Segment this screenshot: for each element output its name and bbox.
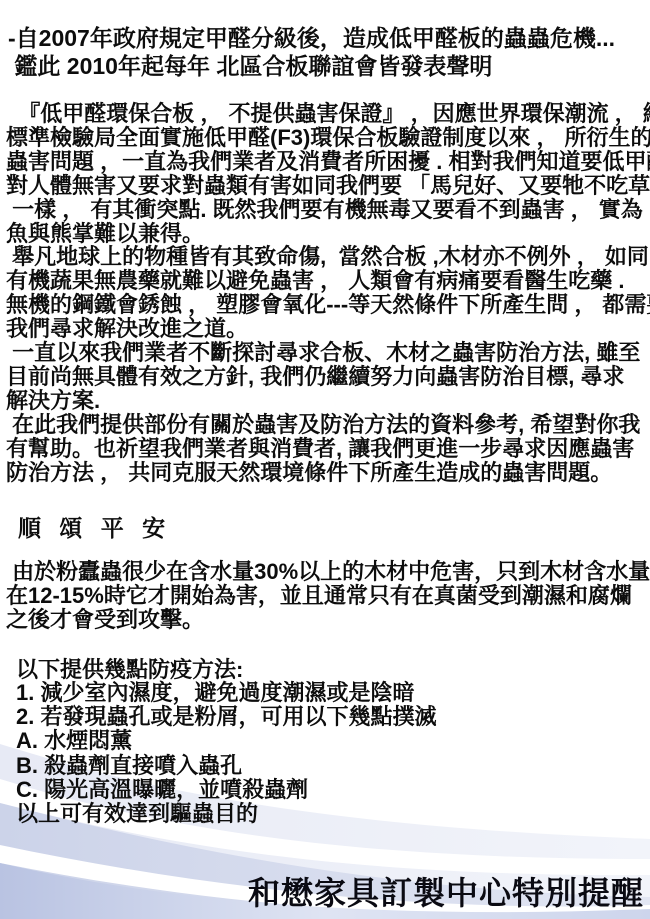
footer-company-title: 和懋家具訂製中心特別提醒: [248, 868, 644, 914]
prevention-list: 1. 減少室內濕度，避免過度潮濕或是陰暗 2. 若發現蟲孔或是粉屑，可用以下幾點…: [16, 681, 436, 826]
statement-paragraph: 『低甲醛環保合板 ， 不提供蟲害保證』 ，因應世界環保潮流 ， 經濟部 標準檢驗…: [6, 102, 650, 485]
greeting-text: 順 頌 平 安: [18, 510, 171, 543]
moisture-paragraph: 由於粉蠹蟲很少在含水量30%以上的木材中危害，只到木材含水量 在12-15%時它…: [6, 560, 650, 633]
notice-page: { "document": { "intro": "-自2007年政府規定甲醛分…: [0, 0, 650, 919]
intro-text: -自2007年政府規定甲醛分級後，造成低甲醛板的蟲蟲危機... 鑑此 2010年…: [8, 24, 615, 80]
